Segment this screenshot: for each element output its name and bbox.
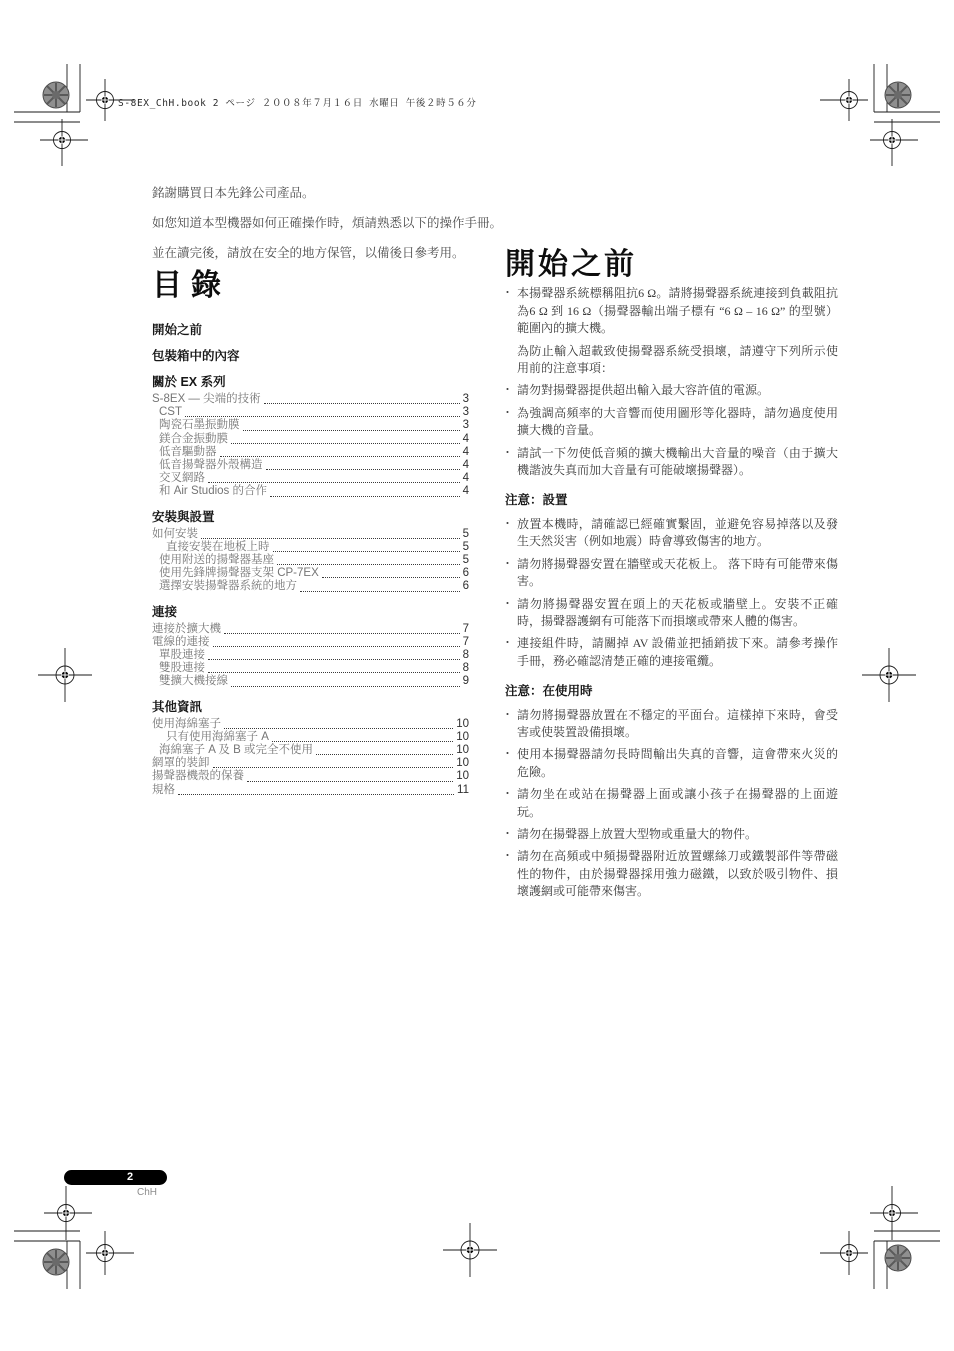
toc-entry-label: 只有使用海綿塞子 A bbox=[166, 731, 269, 744]
toc-section-heading: 安裝與設置 bbox=[152, 507, 469, 525]
notice-paragraph: 請勿將揚聲器放置在不穩定的平面台。這樣掉下來時，會受害或使裝置設備損壞。 bbox=[505, 707, 838, 742]
registration-mark-icon bbox=[40, 119, 88, 166]
toc-entry-page: 8 bbox=[463, 649, 469, 662]
dot-leader bbox=[213, 646, 460, 647]
toc-body: 開始之前包裝箱中的內容關於 EX 系列S-8EX — 尖端的技術3CST3陶瓷石… bbox=[152, 320, 469, 797]
toc-entry: 使用附送的揚聲器基座5 bbox=[152, 554, 469, 567]
language-code: ChH bbox=[137, 1187, 157, 1198]
toc-entry-label: 海綿塞子 A 及 B 或完全不使用 bbox=[159, 744, 313, 757]
toc-entry: 交叉網路4 bbox=[152, 472, 469, 485]
toc-entry: 直接安裝在地板上時5 bbox=[152, 541, 469, 554]
registration-mark-icon bbox=[44, 1186, 92, 1240]
toc-entry-label: 揚聲器機殼的保養 bbox=[152, 770, 244, 783]
crop-mark-icon bbox=[874, 1231, 940, 1289]
dot-leader bbox=[243, 430, 460, 431]
toc-entry: 和 Air Studios 的合作4 bbox=[152, 485, 469, 498]
toc-entry: 鎂合金振動膜4 bbox=[152, 433, 469, 446]
toc-entry-page: 4 bbox=[463, 446, 469, 459]
manual-page: S-8EX_ChH.book 2 ページ ２００８年７月１６日 水曜日 午後２時… bbox=[0, 0, 954, 1351]
toc-entry-label: 雙股連接 bbox=[159, 662, 205, 675]
toc-entry-label: 和 Air Studios 的合作 bbox=[159, 485, 267, 498]
toc-section-heading: 其他資訊 bbox=[152, 697, 469, 715]
toc-entry-label: 使用附送的揚聲器基座 bbox=[159, 554, 274, 567]
toc-entry-label: 如何安裝 bbox=[152, 528, 198, 541]
toc-entry: 電線的連接7 bbox=[152, 636, 469, 649]
notice-paragraph: 請勿將揚聲器安置在牆壁或天花板上。 落下時有可能帶來傷害。 bbox=[505, 556, 838, 591]
dot-leader bbox=[266, 469, 460, 470]
crop-mark-icon bbox=[874, 64, 940, 122]
toc-entry-label: 使用先鋒牌揚聲器支架 CP-7EX bbox=[159, 567, 319, 580]
toc-entry: 單股連接8 bbox=[152, 649, 469, 662]
toc-entry: 雙擴大機接線9 bbox=[152, 675, 469, 688]
toc-entry-page: 10 bbox=[456, 731, 469, 744]
toc-entry-label: 規格 bbox=[152, 784, 175, 797]
dot-leader bbox=[300, 591, 460, 592]
registration-mark-icon bbox=[86, 1231, 134, 1275]
registration-mark-icon bbox=[870, 1186, 918, 1240]
toc-entry-page: 4 bbox=[463, 459, 469, 472]
notice-paragraph: 為防止輸入超載致使揚聲器系統受損壞，請遵守下列所示使用前的注意事項： bbox=[505, 343, 838, 378]
toc-entry-page: 10 bbox=[456, 770, 469, 783]
toc-section-heading: 連接 bbox=[152, 602, 469, 620]
toc-entry-page: 7 bbox=[463, 623, 469, 636]
toc-entry: 如何安裝5 bbox=[152, 528, 469, 541]
dot-leader bbox=[316, 754, 453, 755]
toc-entry-page: 5 bbox=[463, 554, 469, 567]
toc-entry: 選擇安裝揚聲器系統的地方6 bbox=[152, 580, 469, 593]
toc-entry-label: S-8EX — 尖端的技術 bbox=[152, 393, 261, 406]
toc-entry-page: 3 bbox=[463, 406, 469, 419]
toc-entry: S-8EX — 尖端的技術3 bbox=[152, 393, 469, 406]
toc-entry: 使用先鋒牌揚聲器支架 CP-7EX6 bbox=[152, 567, 469, 580]
toc-entry-page: 9 bbox=[463, 675, 469, 688]
toc-entry: CST3 bbox=[152, 406, 469, 419]
toc-entry-page: 3 bbox=[463, 393, 469, 406]
toc-entry-label: 鎂合金振動膜 bbox=[159, 433, 228, 446]
intro-line: 銘謝購買日本先鋒公司產品。 bbox=[152, 183, 512, 201]
dot-leader bbox=[208, 659, 460, 660]
toc-entry-page: 5 bbox=[463, 541, 469, 554]
dot-leader bbox=[220, 456, 460, 457]
dot-leader bbox=[264, 403, 460, 404]
toc-entry-label: 使用海綿塞子 bbox=[152, 718, 221, 731]
toc-entry-label: 交叉網路 bbox=[159, 472, 205, 485]
toc-entry-label: 連接於擴大機 bbox=[152, 623, 221, 636]
notice-paragraph: 請勿在揚聲器上放置大型物或重量大的物件。 bbox=[505, 826, 838, 843]
toc-entry-label: CST bbox=[159, 406, 182, 419]
toc-entry: 使用海綿塞子10 bbox=[152, 718, 469, 731]
notice-paragraph: 本揚聲器系統標稱阻抗6 Ω。請將揚聲器系統連接到負載阻抗為6 Ω 到 16 Ω（… bbox=[505, 285, 838, 337]
dot-leader bbox=[247, 781, 453, 782]
dot-leader bbox=[208, 672, 460, 673]
dot-leader bbox=[178, 794, 454, 795]
registration-mark-icon bbox=[870, 119, 918, 166]
dot-leader bbox=[272, 741, 453, 742]
notice-paragraph: 請試一下勿使低音頻的擴大機輸出大音量的噪音（由于擴大機諧波失真而加大音量有可能破… bbox=[505, 445, 838, 480]
toc-title: 目錄 bbox=[152, 260, 469, 304]
toc-entry: 雙股連接8 bbox=[152, 662, 469, 675]
before-begin-section: 開始之前 本揚聲器系統標稱阻抗6 Ω。請將揚聲器系統連接到負載阻抗為6 Ω 到 … bbox=[505, 256, 838, 906]
notice-heading: 注意：設置 bbox=[505, 492, 838, 509]
print-header-info: S-8EX_ChH.book 2 ページ ２００８年７月１６日 水曜日 午後２時… bbox=[118, 95, 477, 109]
dot-leader bbox=[185, 416, 460, 417]
toc-entry-page: 4 bbox=[463, 485, 469, 498]
dot-leader bbox=[273, 551, 460, 552]
before-begin-body: 本揚聲器系統標稱阻抗6 Ω。請將揚聲器系統連接到負載阻抗為6 Ω 到 16 Ω（… bbox=[505, 285, 838, 900]
dot-leader bbox=[224, 633, 460, 634]
before-begin-title: 開始之前 bbox=[505, 256, 838, 273]
toc-entry-label: 選擇安裝揚聲器系統的地方 bbox=[159, 580, 297, 593]
toc-entry-page: 3 bbox=[463, 419, 469, 432]
toc-top-entry: 包裝箱中的內容 bbox=[152, 346, 469, 364]
toc-entry: 低音驅動器4 bbox=[152, 446, 469, 459]
notice-heading: 注意：在使用時 bbox=[505, 683, 838, 700]
toc-entry-label: 低音驅動器 bbox=[159, 446, 217, 459]
toc-entry-label: 低音揚聲器外殼構造 bbox=[159, 459, 263, 472]
crop-mark-icon bbox=[14, 1231, 80, 1289]
dot-leader bbox=[231, 443, 460, 444]
notice-paragraph: 請勿將揚聲器安置在頭上的天花板或牆壁上。安裝不正確時，揚聲器護網有可能落下而損壞… bbox=[505, 596, 838, 631]
toc-entry: 海綿塞子 A 及 B 或完全不使用10 bbox=[152, 744, 469, 757]
toc-entry-label: 電線的連接 bbox=[152, 636, 210, 649]
toc-entry-label: 網罩的裝卸 bbox=[152, 757, 210, 770]
notice-paragraph: 請勿坐在或站在揚聲器上面或讓小孩子在揚聲器的上面遊玩。 bbox=[505, 786, 838, 821]
notice-paragraph: 請勿在高頻或中頻揚聲器附近放置螺絲刀或鐵製部件等帶磁性的物件，由於揚聲器採用強力… bbox=[505, 848, 838, 900]
dot-leader bbox=[231, 686, 460, 687]
toc-entry-label: 單股連接 bbox=[159, 649, 205, 662]
toc-entry: 低音揚聲器外殼構造4 bbox=[152, 459, 469, 472]
toc-entry: 揚聲器機殼的保養10 bbox=[152, 770, 469, 783]
page-number: 2 bbox=[64, 1170, 133, 1185]
intro-line: 如您知道本型機器如何正確操作時，煩請熟悉以下的操作手冊。 bbox=[152, 213, 512, 231]
dot-leader bbox=[208, 482, 460, 483]
toc-entry-label: 陶瓷石墨振動膜 bbox=[159, 419, 240, 432]
notice-paragraph: 為強調高頻率的大音響而使用圖形等化器時，請勿過度使用擴大機的音量。 bbox=[505, 405, 838, 440]
toc-entry: 連接於擴大機7 bbox=[152, 623, 469, 636]
toc-entry: 只有使用海綿塞子 A10 bbox=[152, 731, 469, 744]
registration-mark-icon bbox=[820, 1231, 868, 1275]
notice-paragraph: 放置本機時，請確認已經確實繫固，並避免容易掉落以及發生天然災害（例如地震）時會導… bbox=[505, 516, 838, 551]
dot-leader bbox=[322, 577, 460, 578]
dot-leader bbox=[201, 538, 460, 539]
toc-entry-label: 雙擴大機接線 bbox=[159, 675, 228, 688]
toc-entry: 規格11 bbox=[152, 784, 469, 797]
toc-entry-page: 10 bbox=[456, 744, 469, 757]
toc-entry-page: 4 bbox=[463, 472, 469, 485]
toc-entry: 陶瓷石墨振動膜3 bbox=[152, 419, 469, 432]
toc-entry-page: 6 bbox=[463, 580, 469, 593]
toc-entry-page: 10 bbox=[456, 718, 469, 731]
notice-paragraph: 使用本揚聲器請勿長時間輸出失真的音響，這會帶來火災的危險。 bbox=[505, 746, 838, 781]
notice-paragraph: 連接組件時，請關掉 AV 設備並把插銷拔下來。請參考操作手冊，務必確認清楚正確的… bbox=[505, 635, 838, 670]
toc-entry-page: 7 bbox=[463, 636, 469, 649]
registration-mark-icon bbox=[820, 79, 868, 121]
toc-top-entry: 開始之前 bbox=[152, 320, 469, 338]
toc-entry-page: 4 bbox=[463, 433, 469, 446]
registration-mark-icon bbox=[38, 648, 92, 702]
dot-leader bbox=[277, 564, 460, 565]
toc-entry-page: 5 bbox=[463, 528, 469, 541]
registration-mark-icon bbox=[443, 1223, 497, 1277]
page-number-badge: 2 bbox=[64, 1170, 167, 1185]
toc-entry-page: 10 bbox=[456, 757, 469, 770]
toc-entry-label: 直接安裝在地板上時 bbox=[166, 541, 270, 554]
dot-leader bbox=[213, 767, 454, 768]
toc-entry: 網罩的裝卸10 bbox=[152, 757, 469, 770]
dot-leader bbox=[270, 496, 460, 497]
toc-section-heading: 關於 EX 系列 bbox=[152, 372, 469, 390]
toc-entry-page: 11 bbox=[457, 784, 469, 797]
intro-line: 並在讀完後，請放在安全的地方保管，以備後日參考用。 bbox=[152, 243, 512, 261]
toc-entry-page: 6 bbox=[463, 567, 469, 580]
crop-mark-icon bbox=[14, 64, 80, 122]
registration-mark-icon bbox=[862, 648, 916, 702]
table-of-contents: 目錄 開始之前包裝箱中的內容關於 EX 系列S-8EX — 尖端的技術3CST3… bbox=[152, 260, 469, 797]
toc-entry-page: 8 bbox=[463, 662, 469, 675]
notice-paragraph: 請勿對揚聲器提供超出輸入最大容許值的電源。 bbox=[505, 382, 838, 399]
dot-leader bbox=[224, 728, 453, 729]
